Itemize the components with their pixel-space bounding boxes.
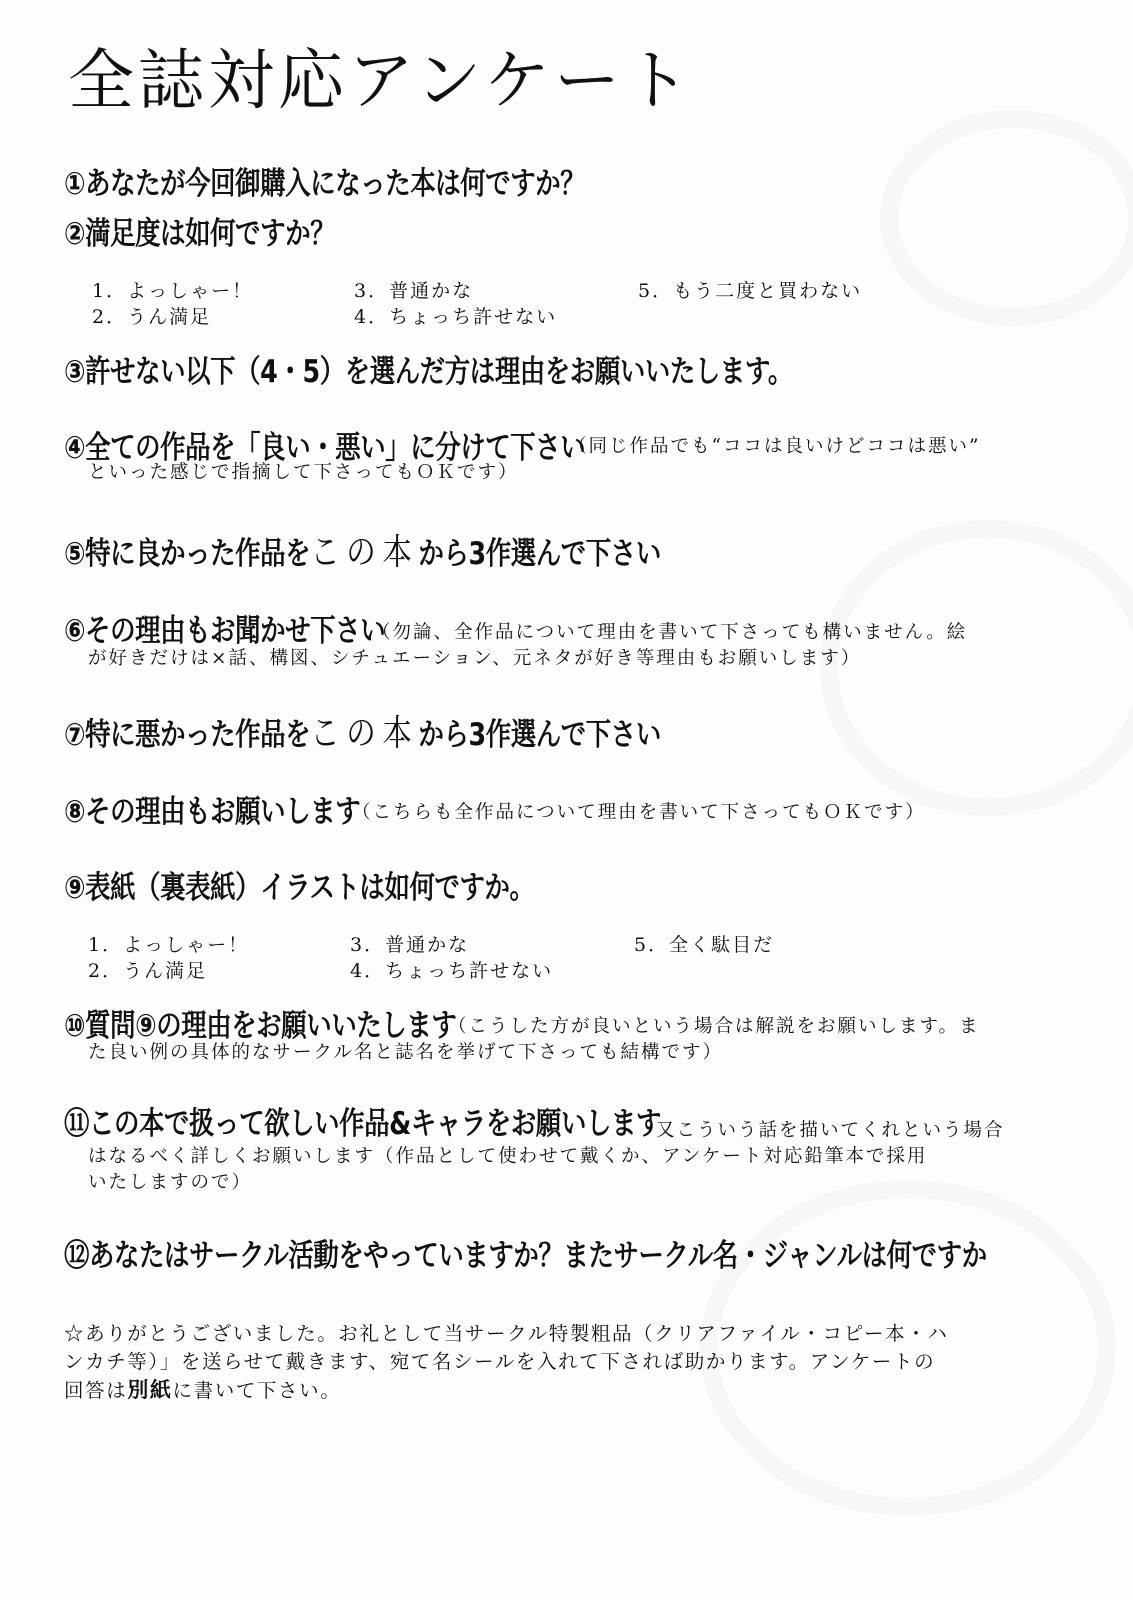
question-5-emphasis: この本 [310,532,418,573]
page-title: 全誌対応アンケート [68,48,694,114]
question-4-note: （同じ作品でも“ココは良いけどココは悪い” [568,434,980,459]
question-5-text-b: から3作選んで下さい [418,536,660,572]
question-9-text: ⑨表紙（裏表紙）イラストは如何ですか。 [64,862,535,907]
option-5: 5．もう二度と買わない [638,278,862,304]
option-2: 2．うん満足 [88,958,207,984]
question-7-text-a: ⑦特に悪かった作品を [64,717,310,753]
question-11-note: 又こういう話を描いてくれという場合 [656,1118,1005,1143]
question-12: ⑫あなたはサークル活動をやっていますか？またサークル名・ジャンルは何ですか [64,1230,1133,1275]
question-10-note: （こうした方が良いという場合は解説をお願いします。ま [448,1014,980,1039]
question-7: ⑦特に悪かった作品をこの本から3作選んで下さい [64,705,792,756]
option-1: 1．よっしゃー！ [92,278,253,304]
question-7-emphasis: この本 [310,713,418,754]
question-6-text: ⑥その理由もお聞かせ下さい [64,605,385,650]
question-8-note: （こちらも全作品について理由を書いて下さってもＯＫです） [352,800,926,825]
question-11-text: ⑪この本で扱って欲しい作品&キャラをお願いします [64,1098,661,1143]
option-1: 1．よっしゃー！ [88,932,249,958]
option-4: 4．ちょっち許せない [350,958,553,984]
question-4-note-cont: といった感じで指摘して下さってもＯＫです） [88,460,519,485]
option-4: 4．ちょっち許せない [354,304,557,330]
option-2: 2．うん満足 [92,304,211,330]
question-8-text: ⑧その理由もお願いします [64,786,360,831]
question-10-text: ⑩質問⑨の理由をお願いいたします [64,1000,456,1045]
question-2: ②満足度は如何ですか？ [64,208,395,253]
closing-note-line-3-b: に書いて下さい。 [173,1379,342,1402]
option-5: 5．全く駄目だ [634,932,774,958]
question-12-text: ⑫あなたはサークル活動をやっていますか？またサークル名・ジャンルは何ですか [64,1230,987,1275]
closing-note: ☆ありがとうございました。お礼として当サークル特製粗品（クリアファイル・コピー本… [64,1320,1074,1405]
question-3-text: ③許せない以下（4・5）を選んだ方は理由をお願いいたします。 [64,346,793,391]
bleed-through-shape [820,520,1133,816]
separate-sheet-emphasis: 別紙 [127,1378,172,1402]
closing-note-line-2: ンカチ等）」を送らせて戴きます、宛て名シールを入れて下されば助かります。アンケー… [64,1348,1074,1376]
question-3: ③許せない以下（4・5）を選んだ方は理由をお願いいたします。 [64,346,953,391]
closing-note-line-3-a: 回答は [64,1379,127,1402]
question-2-text: ②満足度は如何ですか？ [64,208,335,253]
question-5: ⑤特に良かった作品をこの本から3作選んで下さい [64,524,792,575]
option-3: 3．普通かな [354,278,473,304]
question-7-text-b: から3作選んで下さい [418,717,660,753]
option-3: 3．普通かな [350,932,469,958]
question-9: ⑨表紙（裏表紙）イラストは如何ですか。 [64,862,638,907]
closing-note-line-3: 回答は別紙に書いて下さい。 [64,1376,1074,1405]
question-5-text: ⑤特に良かった作品をこの本から3作選んで下さい [64,524,661,575]
question-1-text: ①あなたが今回御購入になった本は何ですか？ [64,158,585,203]
question-6-note: （勿論、全作品について理由を書いて下さっても構いません。絵 [372,620,967,645]
question-6-note-cont: が好きだけは×話、構図、シチュエーション、元ネタが好き等理由もお願いします） [88,646,861,671]
question-1: ①あなたが今回御購入になった本は何ですか？ [64,158,700,203]
closing-note-line-1: ☆ありがとうございました。お礼として当サークル特製粗品（クリアファイル・コピー本… [64,1320,1074,1348]
bleed-through-shape [880,110,1133,326]
question-7-text: ⑦特に悪かった作品をこの本から3作選んで下さい [64,705,661,756]
question-11-note-cont: はなるべく詳しくお願いします（作品として使わせて戴くか、アンケート対応鉛筆本で採… [88,1144,927,1169]
question-11-note-cont2: いたしますので） [88,1170,252,1195]
question-10-note-cont: た良い例の具体的なサークル名と誌名を挙げて下さっても結構です） [88,1040,723,1065]
question-5-text-a: ⑤特に良かった作品を [64,536,310,572]
